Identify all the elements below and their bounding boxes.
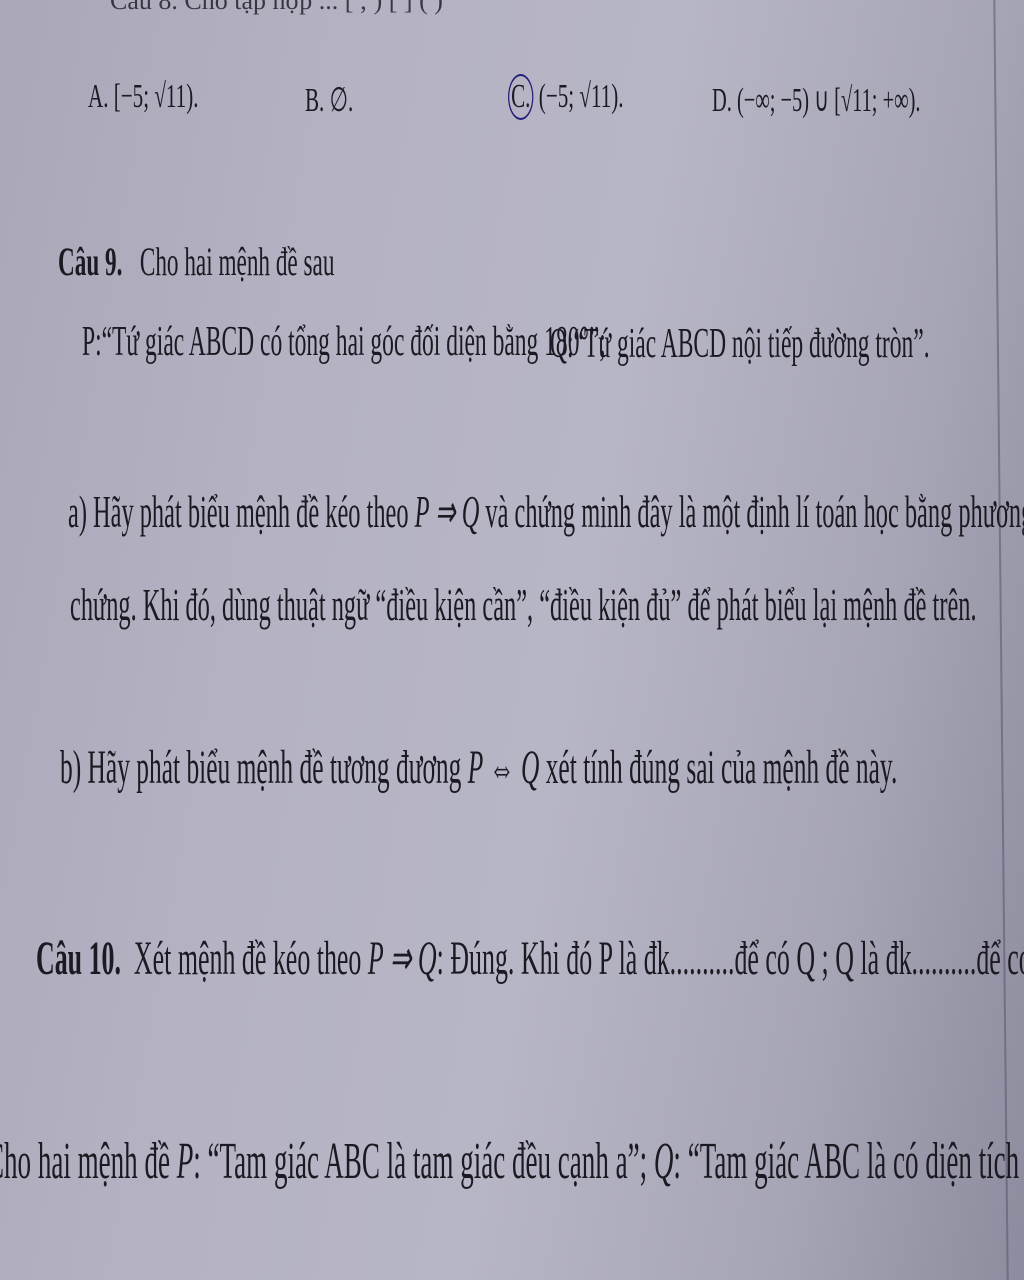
- previous-question-fragment: Câu 8. Cho tập hợp ... [ ; ) [ ] ( ): [110, 0, 443, 16]
- question-10-number: Câu 10.: [36, 932, 121, 985]
- question-9-heading: Câu 9. Cho hai mệnh đề sau: [58, 238, 334, 285]
- proposition-p: P:“Tứ giác ABCD có tổng hai góc đối diện…: [82, 318, 606, 366]
- option-a-label: A.: [88, 78, 108, 115]
- part-b-text: b) Hãy phát biểu mệnh đề tương đương: [60, 741, 461, 794]
- option-d[interactable]: D. (−∞; −5) ∪ [√11; +∞).: [712, 80, 921, 120]
- option-d-label: D.: [712, 82, 732, 119]
- question-10: Câu 10. Xét mệnh đề kéo theo P ⇒ Q: Đúng…: [36, 930, 1024, 986]
- option-c-selected[interactable]: C. (−5; √11).: [508, 74, 624, 120]
- proposition-q-text: “Tứ giác ABCD nội tiếp đường tròn”.: [574, 321, 930, 367]
- part-a-line-2: chứng. Khi đó, dùng thuật ngữ “điều kiện…: [70, 578, 977, 631]
- option-c-label: C.: [511, 78, 530, 115]
- q11-p-label: P: [177, 1133, 194, 1190]
- part-b: b) Hãy phát biểu mệnh đề tương đương P ⇔…: [60, 740, 897, 795]
- proposition-p-label: P:: [82, 319, 102, 365]
- option-b-label: B.: [305, 82, 324, 119]
- question-11-intro: Cho hai mệnh đề: [0, 1133, 170, 1190]
- proposition-q-label: Q:: [550, 321, 574, 367]
- implication-formula: P ⇒ Q: [415, 486, 480, 537]
- equivalence-formula: P ⇔ Q: [468, 741, 540, 794]
- question-11: Cho hai mệnh đề P: “Tam giác ABC là tam …: [0, 1108, 1024, 1224]
- proposition-p-text: “Tứ giác ABCD có tổng hai góc đối diện b…: [102, 319, 606, 365]
- option-b-value: ∅.: [330, 82, 354, 119]
- page-edge-shadow: [993, 0, 1008, 1280]
- option-a[interactable]: A. [−5; √11).: [88, 78, 199, 116]
- option-d-value: (−∞; −5) ∪ [√11; +∞).: [737, 82, 921, 119]
- q11-q-text: : “Tam giác ABC là có diện tích bằng: [673, 1133, 1024, 1190]
- part-a-line-1: a) Hãy phát biểu mệnh đề kéo theo P ⇒ Q …: [68, 484, 1024, 538]
- part-b-text-cont: xét tính đúng sai của mệnh đề này.: [546, 741, 898, 794]
- selected-answer-circle: C.: [508, 74, 534, 120]
- option-b[interactable]: B. ∅.: [305, 80, 353, 120]
- question-10-text: Xét mệnh đề kéo theo: [134, 932, 361, 985]
- part-a-text: a) Hãy phát biểu mệnh đề kéo theo: [68, 486, 409, 537]
- question-10-blanks: : Đúng. Khi đó P là đk..........để có Q …: [437, 932, 1024, 985]
- q11-p-text: : “Tam giác ABC là tam giác đều cạnh a”;: [193, 1133, 647, 1190]
- q11-q-label: Q: [654, 1133, 674, 1190]
- part-a-text-cont: và chứng minh đây là một định lí toán họ…: [485, 486, 1024, 537]
- option-a-value: [−5; √11).: [114, 78, 199, 115]
- option-c-value: (−5; √11).: [539, 78, 624, 115]
- question-9-intro: Cho hai mệnh đề sau: [140, 239, 335, 284]
- proposition-q: Q:“Tứ giác ABCD nội tiếp đường tròn”.: [550, 320, 930, 368]
- question-10-formula: P ⇒ Q: [368, 932, 437, 985]
- question-9-number: Câu 9.: [58, 239, 122, 284]
